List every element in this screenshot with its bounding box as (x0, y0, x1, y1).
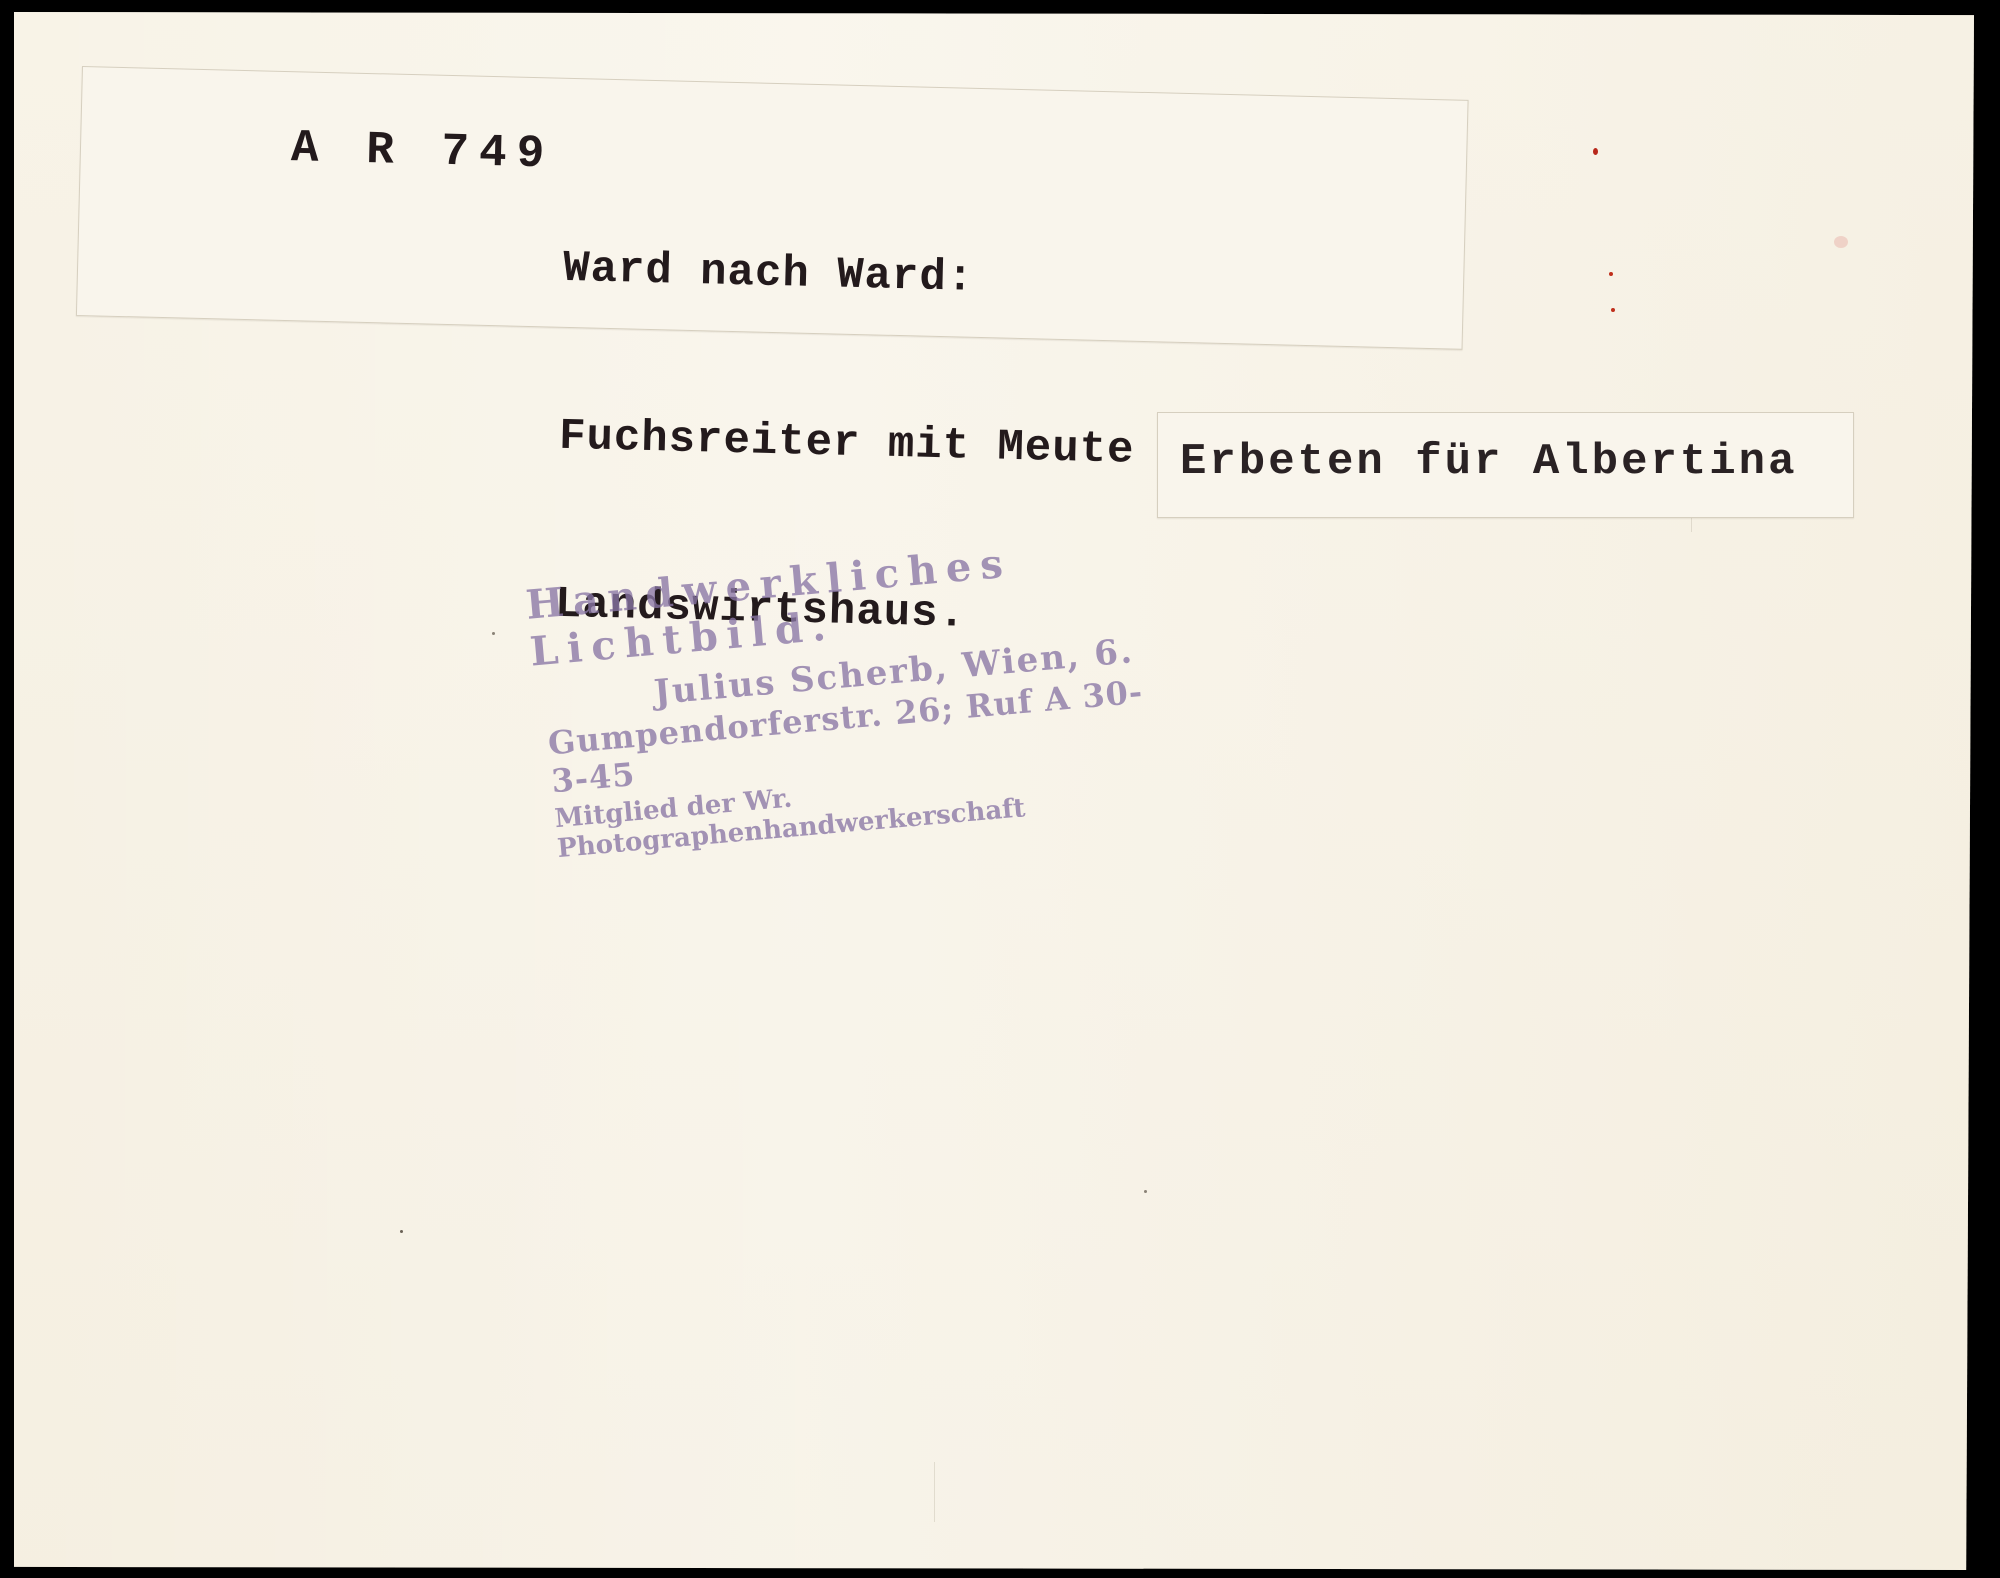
photographer-stamp: Handwerkliches Lichtbild. Julius Scherb,… (524, 526, 1186, 865)
photo-verso-paper: A R 749 Ward nach Ward: Fuchsreiter mit … (14, 12, 1974, 1570)
dust-speck (400, 1230, 403, 1233)
request-label: Erbeten für Albertina (1157, 412, 1854, 518)
title-line: Ward nach Ward: (563, 241, 1249, 314)
red-speck (1834, 236, 1848, 248)
request-text: Erbeten für Albertina (1180, 437, 1798, 487)
red-speck (1593, 148, 1598, 155)
paper-crease (934, 1462, 935, 1522)
inventory-number: A R 749 (290, 122, 554, 180)
title-line: Fuchsreiter mit Meute vor (558, 409, 1244, 482)
red-speck (1609, 272, 1613, 276)
scan-frame: A R 749 Ward nach Ward: Fuchsreiter mit … (0, 0, 2000, 1578)
catalog-label: A R 749 Ward nach Ward: Fuchsreiter mit … (76, 66, 1469, 350)
red-speck (1611, 308, 1615, 312)
dust-speck (492, 632, 495, 635)
dust-speck (1144, 1190, 1147, 1193)
